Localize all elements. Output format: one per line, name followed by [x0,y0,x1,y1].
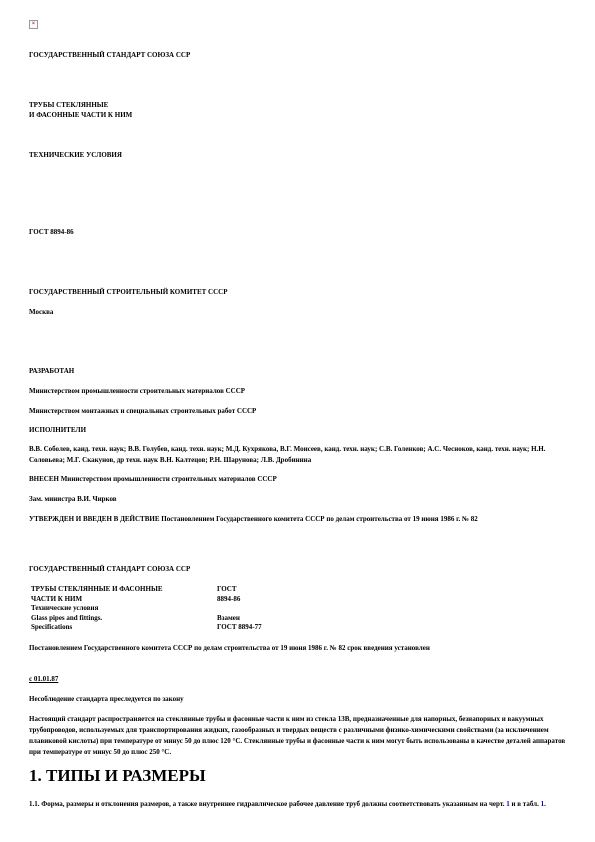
approved-label: УТВЕРЖДЕН И ВВЕДЕН В ДЕЙСТВИЕ [29,515,160,523]
paragraph-text: и в табл. [510,800,541,808]
developed-by-2: Министерством монтажных и специальных ст… [29,407,256,415]
committee: ГОСУДАРСТВЕННЫЙ СТРОИТЕЛЬНЫЙ КОМИТЕТ ССС… [29,288,228,296]
table-cell: Specifications [31,623,217,633]
table-cell: ГОСТ [217,585,327,595]
table-cell: Glass pipes and fittings. [31,614,217,624]
table-cell [217,604,327,614]
decree-text: Постановлением Государственного комитета… [29,643,569,654]
city: Москва [29,308,53,316]
paragraph-text: 1.1. Форма, размеры и отклонения размеро… [29,800,506,808]
violation-notice: Несоблюдение стандарта преследуется по з… [29,695,184,703]
table-row: ЧАСТИ К НИМ 8894-86 [31,595,331,605]
table-cell: ТРУБЫ СТЕКЛЯННЫЕ И ФАСОННЫЕ [31,585,217,595]
table-cell: Технические условия [31,604,217,614]
deputy-minister: Зам. министра В.И. Чирков [29,495,117,503]
table-cell: ЧАСТИ К НИМ [31,595,217,605]
introduced-line: ВНЕСЕН Министерством промышленности стро… [29,475,277,483]
introduced-label: ВНЕСЕН [29,475,59,483]
broken-image-icon: × [29,20,38,29]
table-row: Glass pipes and fittings. Взамен [31,614,331,624]
introduced-text: Министерством промышленности строительны… [61,475,277,483]
table-row: ТРУБЫ СТЕКЛЯННЫЕ И ФАСОННЫЕ ГОСТ [31,585,331,595]
standard-header: ГОСУДАРСТВЕННЫЙ СТАНДАРТ СОЮЗА ССР [29,51,190,59]
executors-text: В.В. Соболев, канд. техн. наук; В.В. Гол… [29,444,569,466]
scope-paragraph: Настоящий стандарт распространяется на с… [29,714,569,758]
section-1-1-paragraph: 1.1. Форма, размеры и отклонения размеро… [29,799,569,810]
table-row: Технические условия [31,604,331,614]
title-line-2: И ФАСОННЫЕ ЧАСТИ К НИМ [29,111,132,119]
gost-number: ГОСТ 8894-86 [29,228,74,236]
title-line-1: ТРУБЫ СТЕКЛЯННЫЕ [29,101,108,109]
subtitle: ТЕХНИЧЕСКИЕ УСЛОВИЯ [29,151,122,159]
developed-label: РАЗРАБОТАН [29,367,74,375]
standard-block-header: ГОСУДАРСТВЕННЫЙ СТАНДАРТ СОЮЗА ССР [29,565,190,573]
approved-paragraph: УТВЕРЖДЕН И ВВЕДЕН В ДЕЙСТВИЕ Постановле… [29,514,569,525]
table-cell: Взамен [217,614,327,624]
executors-label: ИСПОЛНИТЕЛИ [29,426,86,434]
effective-date-text: с 01.01.87 [29,675,58,683]
paragraph-text: . [544,800,546,808]
approved-text: Постановлением Государственного комитета… [161,515,477,523]
table-cell: ГОСТ 8894-77 [217,623,327,633]
developed-by-1: Министерством промышленности строительны… [29,387,245,395]
table-cell: 8894-86 [217,595,327,605]
standard-title-table: ТРУБЫ СТЕКЛЯННЫЕ И ФАСОННЫЕ ГОСТ ЧАСТИ К… [31,585,331,633]
effective-date: с 01.01.87 [29,675,58,683]
section-heading: 1. ТИПЫ И РАЗМЕРЫ [29,766,206,786]
table-row: Specifications ГОСТ 8894-77 [31,623,331,633]
